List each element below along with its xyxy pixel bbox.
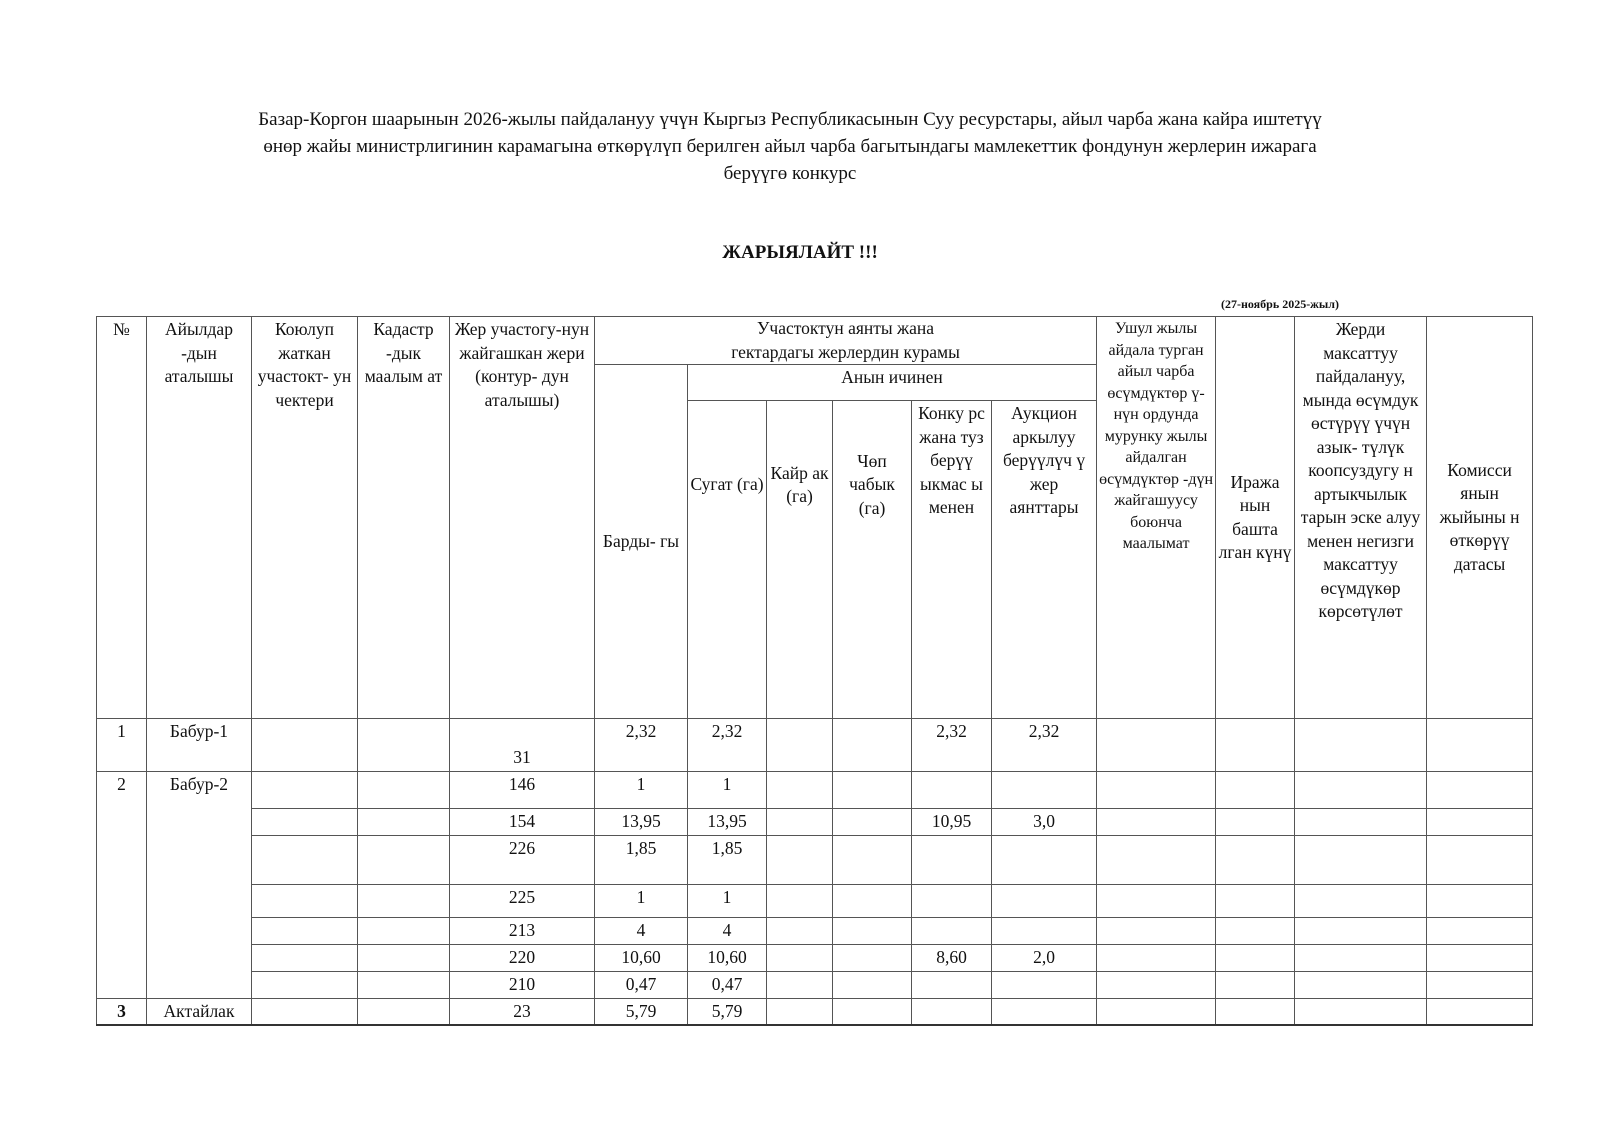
cell-competition: 2,32 bbox=[912, 719, 992, 772]
header-of-which: Анын ичинен bbox=[688, 365, 1097, 401]
announcement-heading: ЖАРЫЯЛАЙТ !!! bbox=[0, 242, 1600, 264]
cell-purpose bbox=[1295, 835, 1427, 884]
cell-boundaries bbox=[252, 772, 358, 809]
cell-auction bbox=[992, 998, 1097, 1025]
cell-auction bbox=[992, 884, 1097, 917]
cell-irrigated: 4 bbox=[688, 917, 767, 944]
cell-competition: 8,60 bbox=[912, 944, 992, 971]
cell-total: 1 bbox=[595, 772, 688, 809]
cell-hayfield bbox=[833, 772, 912, 809]
cell-competition bbox=[912, 917, 992, 944]
cell-cadastral bbox=[358, 809, 450, 836]
cell-dry bbox=[767, 971, 833, 998]
cell-village: Бабур-2 bbox=[147, 772, 252, 999]
cell-cadastral bbox=[358, 998, 450, 1025]
cell-irrigated: 13,95 bbox=[688, 809, 767, 836]
document-date: (27-ноябрь 2025-жыл) bbox=[1200, 297, 1360, 312]
cell-commission-date bbox=[1427, 772, 1533, 809]
cell-auction: 2,0 bbox=[992, 944, 1097, 971]
header-village: Айылдар -дын аталышы bbox=[147, 317, 252, 719]
cell-dry bbox=[767, 884, 833, 917]
cell-cadastral bbox=[358, 719, 450, 772]
cell-purpose bbox=[1295, 772, 1427, 809]
cell-competition bbox=[912, 884, 992, 917]
cell-commission-date bbox=[1427, 944, 1533, 971]
cell-purpose bbox=[1295, 719, 1427, 772]
cell-village: Актайлак bbox=[147, 998, 252, 1025]
cell-dry bbox=[767, 835, 833, 884]
land-lease-table: № Айылдар -дын аталышы Коюлуп жаткан уча… bbox=[96, 316, 1533, 1026]
cell-crops-info bbox=[1097, 809, 1216, 836]
cell-crops-info bbox=[1097, 835, 1216, 884]
cell-dry bbox=[767, 944, 833, 971]
cell-cadastral bbox=[358, 944, 450, 971]
cell-irrigated: 1,85 bbox=[688, 835, 767, 884]
cell-purpose bbox=[1295, 917, 1427, 944]
cell-commission-date bbox=[1427, 809, 1533, 836]
cell-crops-info bbox=[1097, 772, 1216, 809]
cell-crops-info bbox=[1097, 971, 1216, 998]
header-no: № bbox=[97, 317, 147, 719]
cell-purpose bbox=[1295, 971, 1427, 998]
cell-location: 23 bbox=[450, 998, 595, 1025]
header-hayfield: Чөп чабык (га) bbox=[833, 401, 912, 719]
cell-lease-start bbox=[1216, 917, 1295, 944]
cell-hayfield bbox=[833, 998, 912, 1025]
header-area-group: Участоктун аянты жана гектардагы жерлерд… bbox=[595, 317, 1097, 365]
cell-auction bbox=[992, 917, 1097, 944]
header-competition: Конку рс жана туз берүү ыкмас ы менен bbox=[912, 401, 992, 719]
cell-cadastral bbox=[358, 884, 450, 917]
cell-irrigated: 1 bbox=[688, 884, 767, 917]
cell-boundaries bbox=[252, 998, 358, 1025]
cell-commission-date bbox=[1427, 917, 1533, 944]
cell-hayfield bbox=[833, 971, 912, 998]
cell-auction bbox=[992, 772, 1097, 809]
cell-lease-start bbox=[1216, 835, 1295, 884]
cell-lease-start bbox=[1216, 719, 1295, 772]
cell-cadastral bbox=[358, 971, 450, 998]
cell-competition: 10,95 bbox=[912, 809, 992, 836]
header-dry: Кайр ак (га) bbox=[767, 401, 833, 719]
cell-crops-info bbox=[1097, 917, 1216, 944]
header-purpose: Жерди максаттуу пайдалануу, мында өсүмду… bbox=[1295, 317, 1427, 719]
cell-lease-start bbox=[1216, 971, 1295, 998]
header-location: Жер участогу-нун жайгашкан жери (контур-… bbox=[450, 317, 595, 719]
cell-village: Бабур-1 bbox=[147, 719, 252, 772]
header-cadastral: Кадастр -дык маалым ат bbox=[358, 317, 450, 719]
cell-commission-date bbox=[1427, 971, 1533, 998]
header-boundaries: Коюлуп жаткан участокт- ун чектери bbox=[252, 317, 358, 719]
header-total: Барды- гы bbox=[595, 365, 688, 719]
cell-dry bbox=[767, 809, 833, 836]
cell-crops-info bbox=[1097, 944, 1216, 971]
cell-irrigated: 5,79 bbox=[688, 998, 767, 1025]
cell-purpose bbox=[1295, 944, 1427, 971]
cell-commission-date bbox=[1427, 884, 1533, 917]
table-row: 2 Бабур-2 146 1 1 bbox=[97, 772, 1533, 809]
cell-total: 10,60 bbox=[595, 944, 688, 971]
cell-dry bbox=[767, 719, 833, 772]
cell-total: 1 bbox=[595, 884, 688, 917]
cell-auction bbox=[992, 835, 1097, 884]
cell-boundaries bbox=[252, 917, 358, 944]
cell-hayfield bbox=[833, 719, 912, 772]
cell-purpose bbox=[1295, 809, 1427, 836]
cell-irrigated: 10,60 bbox=[688, 944, 767, 971]
cell-irrigated: 2,32 bbox=[688, 719, 767, 772]
cell-auction: 2,32 bbox=[992, 719, 1097, 772]
cell-total: 0,47 bbox=[595, 971, 688, 998]
cell-total: 13,95 bbox=[595, 809, 688, 836]
cell-lease-start bbox=[1216, 944, 1295, 971]
cell-cadastral bbox=[358, 917, 450, 944]
cell-no: 3 bbox=[97, 998, 147, 1025]
cell-location: 225 bbox=[450, 884, 595, 917]
cell-purpose bbox=[1295, 998, 1427, 1025]
table-row: 220 10,60 10,60 8,60 2,0 bbox=[97, 944, 1533, 971]
table-row: 154 13,95 13,95 10,95 3,0 bbox=[97, 809, 1533, 836]
cell-auction bbox=[992, 971, 1097, 998]
cell-cadastral bbox=[358, 772, 450, 809]
cell-hayfield bbox=[833, 917, 912, 944]
cell-boundaries bbox=[252, 809, 358, 836]
cell-hayfield bbox=[833, 944, 912, 971]
cell-hayfield bbox=[833, 884, 912, 917]
cell-lease-start bbox=[1216, 998, 1295, 1025]
cell-location: 226 bbox=[450, 835, 595, 884]
cell-location: 146 bbox=[450, 772, 595, 809]
table-row: 1 Бабур-1 31 2,32 2,32 2,32 2,32 bbox=[97, 719, 1533, 772]
cell-dry bbox=[767, 772, 833, 809]
cell-no: 2 bbox=[97, 772, 147, 999]
cell-lease-start bbox=[1216, 884, 1295, 917]
table-row: 225 1 1 bbox=[97, 884, 1533, 917]
cell-location: 154 bbox=[450, 809, 595, 836]
header-irrigated: Сугат (га) bbox=[688, 401, 767, 719]
cell-no: 1 bbox=[97, 719, 147, 772]
cell-hayfield bbox=[833, 809, 912, 836]
cell-lease-start bbox=[1216, 809, 1295, 836]
cell-total: 1,85 bbox=[595, 835, 688, 884]
cell-competition bbox=[912, 998, 992, 1025]
header-crops-info: Ушул жылы айдала турган айыл чарба өсүмд… bbox=[1097, 317, 1216, 719]
cell-total: 4 bbox=[595, 917, 688, 944]
cell-competition bbox=[912, 835, 992, 884]
cell-crops-info bbox=[1097, 719, 1216, 772]
cell-dry bbox=[767, 917, 833, 944]
table-row: 3 Актайлак 23 5,79 5,79 bbox=[97, 998, 1533, 1025]
cell-crops-info bbox=[1097, 998, 1216, 1025]
cell-total: 2,32 bbox=[595, 719, 688, 772]
cell-auction: 3,0 bbox=[992, 809, 1097, 836]
table-row: 210 0,47 0,47 bbox=[97, 971, 1533, 998]
table-row: 213 4 4 bbox=[97, 917, 1533, 944]
header-auction: Аукцион аркылуу берүүлүч ү жер аянттары bbox=[992, 401, 1097, 719]
document-title: Базар-Коргон шаарынын 2026-жылы пайдалан… bbox=[240, 106, 1340, 187]
cell-total: 5,79 bbox=[595, 998, 688, 1025]
cell-boundaries bbox=[252, 835, 358, 884]
cell-irrigated: 0,47 bbox=[688, 971, 767, 998]
cell-boundaries bbox=[252, 884, 358, 917]
cell-competition bbox=[912, 971, 992, 998]
cell-location: 210 bbox=[450, 971, 595, 998]
cell-location: 31 bbox=[450, 719, 595, 772]
cell-competition bbox=[912, 772, 992, 809]
cell-purpose bbox=[1295, 884, 1427, 917]
header-commission-date: Комисси янын жыйыны н өткөрүү датасы bbox=[1427, 317, 1533, 719]
cell-crops-info bbox=[1097, 884, 1216, 917]
header-lease-start: Иража нын башта лган күнү bbox=[1216, 317, 1295, 719]
cell-commission-date bbox=[1427, 998, 1533, 1025]
cell-cadastral bbox=[358, 835, 450, 884]
cell-location: 220 bbox=[450, 944, 595, 971]
cell-boundaries bbox=[252, 944, 358, 971]
cell-boundaries bbox=[252, 719, 358, 772]
cell-dry bbox=[767, 998, 833, 1025]
cell-hayfield bbox=[833, 835, 912, 884]
cell-commission-date bbox=[1427, 719, 1533, 772]
cell-commission-date bbox=[1427, 835, 1533, 884]
cell-irrigated: 1 bbox=[688, 772, 767, 809]
cell-lease-start bbox=[1216, 772, 1295, 809]
cell-location: 213 bbox=[450, 917, 595, 944]
table-row: 226 1,85 1,85 bbox=[97, 835, 1533, 884]
cell-boundaries bbox=[252, 971, 358, 998]
